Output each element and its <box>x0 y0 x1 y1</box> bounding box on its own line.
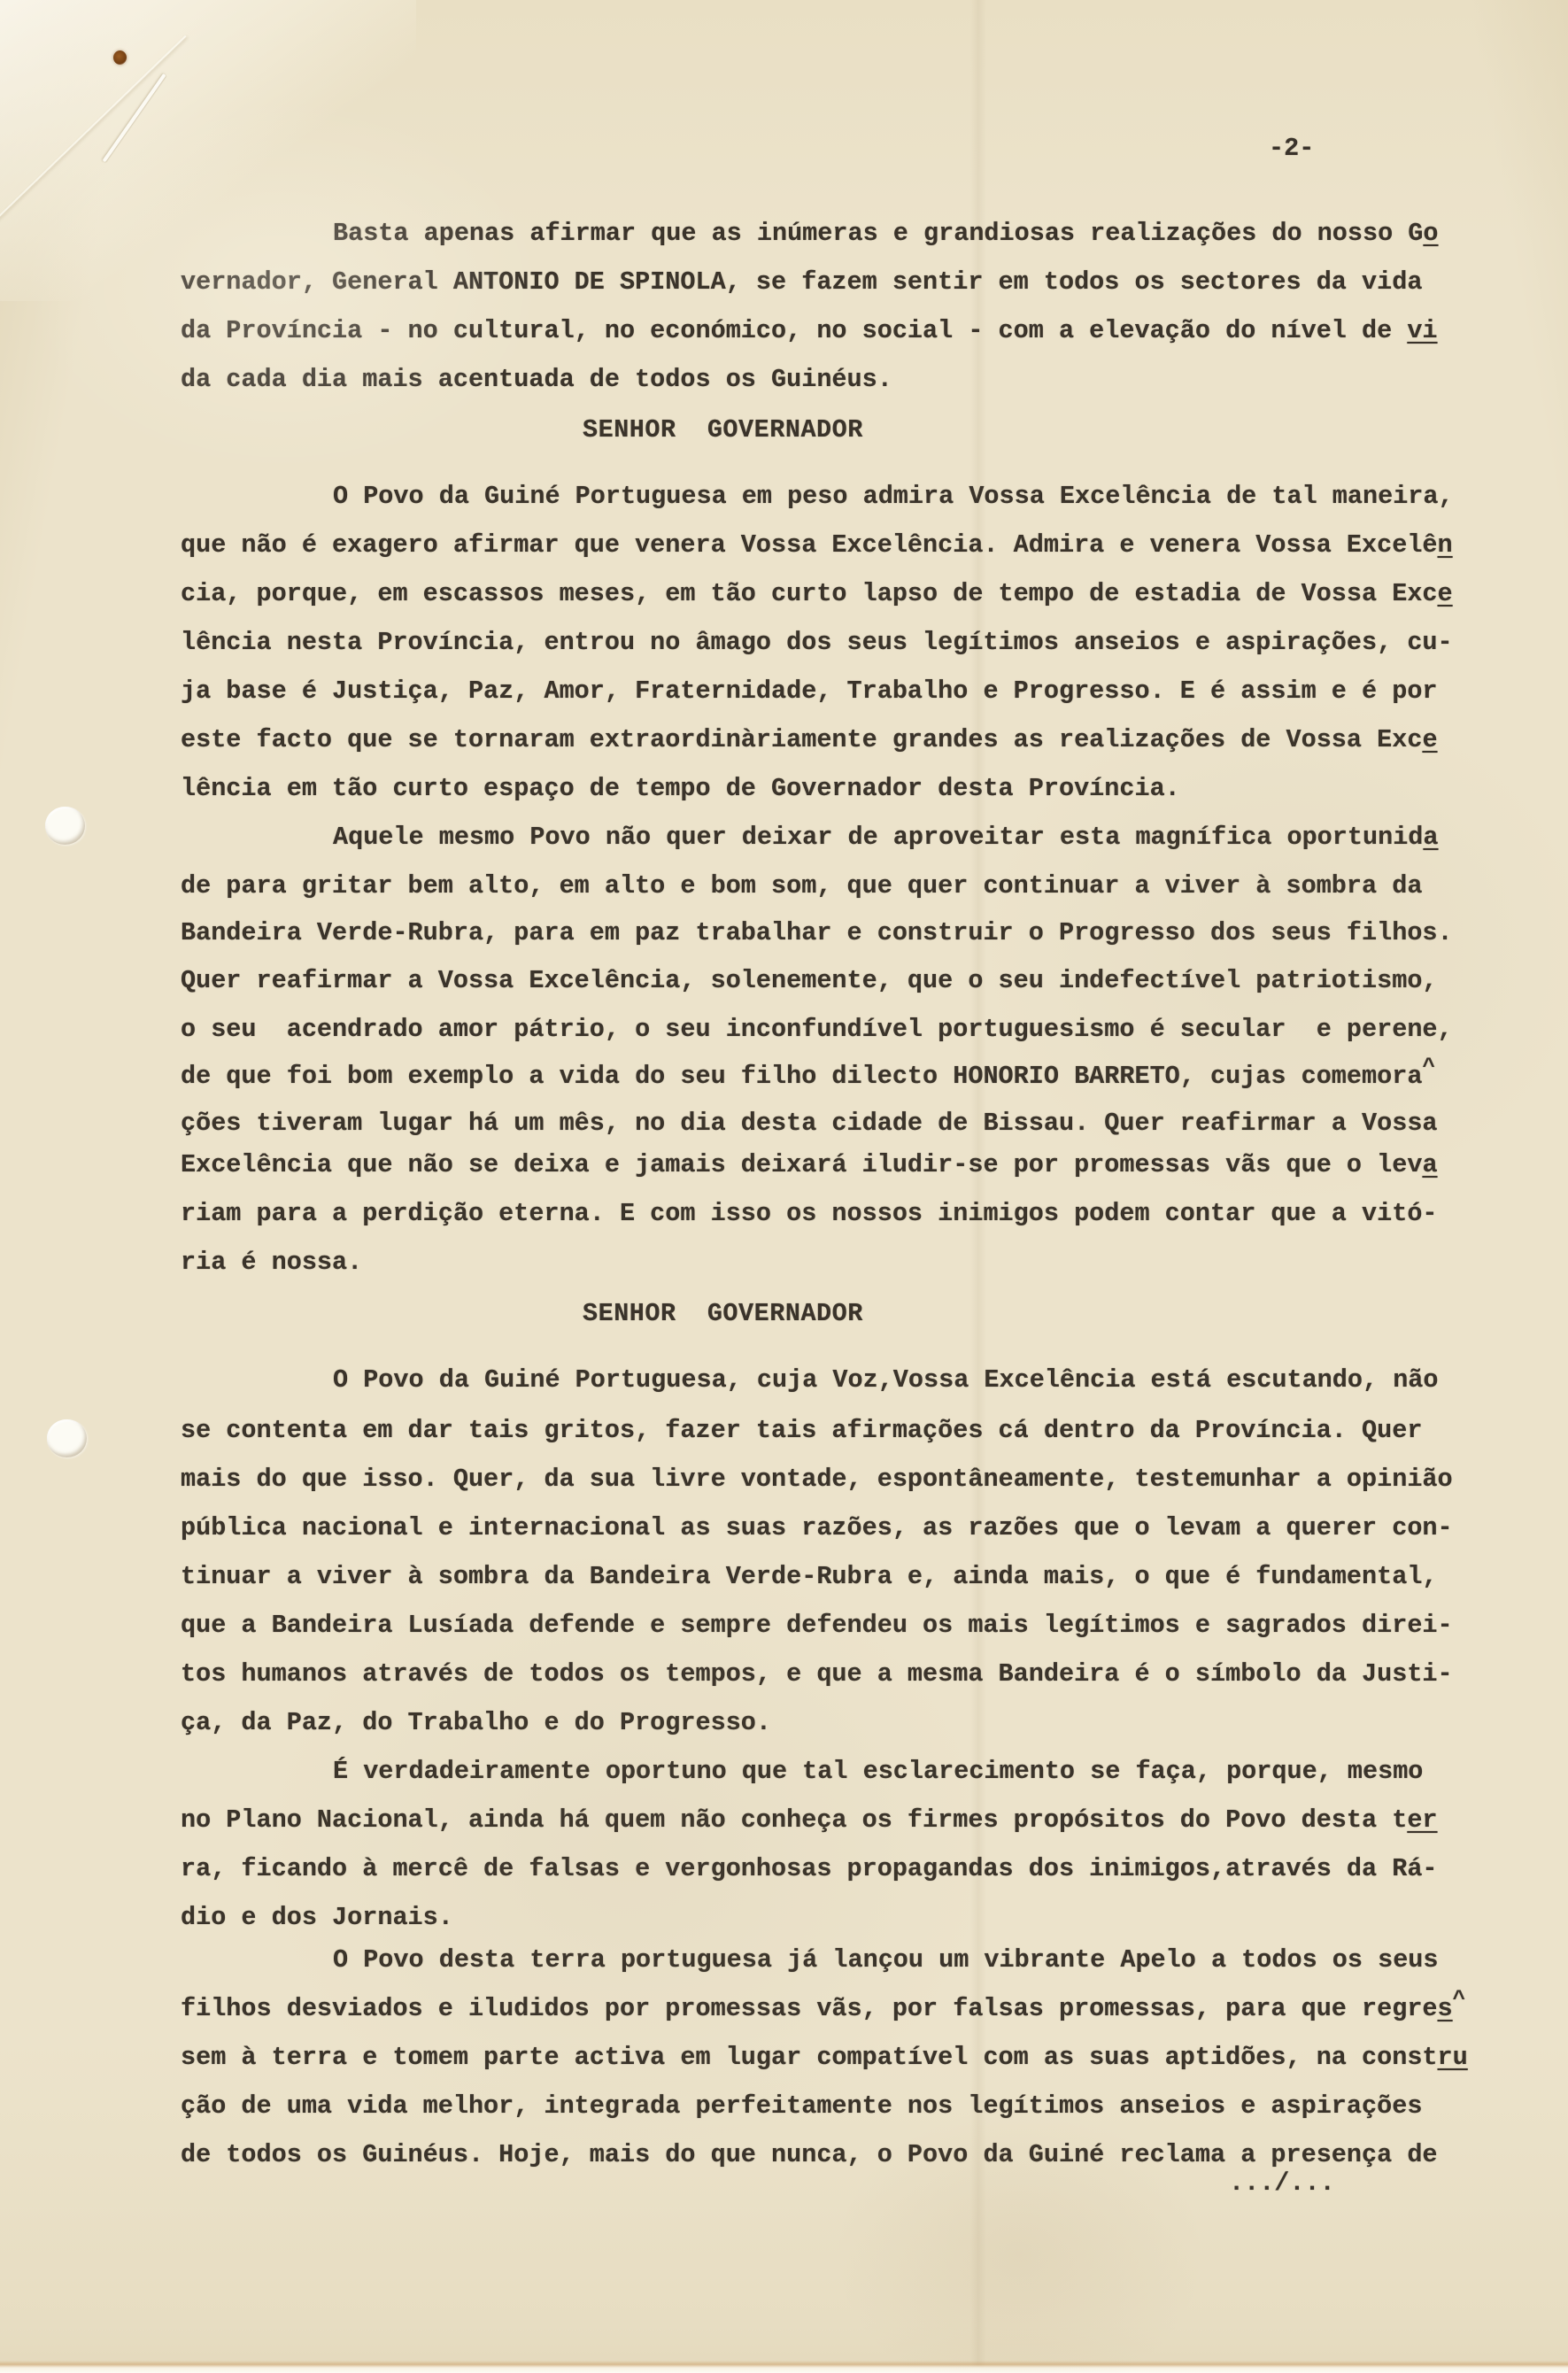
text-line: da cada dia mais acentuada de todos os G… <box>181 366 892 395</box>
text-line: lência nesta Província, entrou no âmago … <box>181 629 1453 658</box>
page-bottom-edge <box>0 2361 1568 2373</box>
text-line: É verdadeiramente oportuno que tal escla… <box>333 1758 1423 1787</box>
text-line: ja base é Justiça, Paz, Amor, Fraternida… <box>181 677 1438 707</box>
underlined-syllable: a <box>1422 1150 1437 1179</box>
text-line: de todos os Guinéus. Hoje, mais do que n… <box>181 2141 1438 2170</box>
typed-caret-mark: ^ <box>1453 1988 1466 2012</box>
text-line: no Plano Nacional, ainda há quem não con… <box>181 1806 1438 1836</box>
text-line: lência em tão curto espaço de tempo de G… <box>181 775 1180 804</box>
punch-hole-top <box>45 807 85 845</box>
text-line: de para gritar bem alto, em alto e bom s… <box>181 872 1422 901</box>
text-line: Bandeira Verde-Rubra, para em paz trabal… <box>181 919 1453 948</box>
section-heading: SENHOR GOVERNADOR <box>583 416 863 445</box>
text-line: de que foi bom exemplo a vida do seu fil… <box>181 1063 1435 1092</box>
text-line: filhos desviados e iludidos por promessa… <box>181 1995 1465 2024</box>
page-number: -2- <box>1269 135 1314 164</box>
text-line: cia, porque, em escassos meses, em tão c… <box>181 580 1453 609</box>
rust-stain <box>113 50 127 65</box>
text-line: O Povo desta terra portuguesa já lançou … <box>333 1946 1439 1975</box>
typed-caret-mark: ^ <box>1422 1055 1435 1079</box>
text-line: que não é exagero afirmar que venera Vos… <box>181 531 1453 560</box>
text-line: dio e dos Jornais. <box>181 1904 453 1933</box>
text-line: tinuar a viver à sombra da Bandeira Verd… <box>181 1563 1438 1592</box>
underlined-syllable: n <box>1438 530 1453 560</box>
text-line: Aquele mesmo Povo não quer deixar de apr… <box>333 823 1439 853</box>
text-line: ções tiveram lugar há um mês, no dia des… <box>181 1109 1438 1139</box>
text-line: este facto que se tornaram extraordinàri… <box>181 726 1438 755</box>
text-line: tos humanos através de todos os tempos, … <box>181 1660 1453 1689</box>
text-line: vernador, General ANTONIO DE SPINOLA, se… <box>181 268 1422 298</box>
text-line: sem à terra e tomem parte activa em luga… <box>181 2044 1468 2073</box>
document-page: -2-Basta apenas afirmar que as inúmeras … <box>0 0 1568 2373</box>
text-line: pública nacional e internacional as suas… <box>181 1514 1453 1543</box>
text-line: se contenta em dar tais gritos, fazer ta… <box>181 1417 1422 1446</box>
section-heading: SENHOR GOVERNADOR <box>583 1300 863 1329</box>
underlined-syllable: s <box>1438 1994 1453 2023</box>
text-line: O Povo da Guiné Portuguesa, cuja Voz,Vos… <box>333 1366 1439 1395</box>
text-line: ra, ficando à mercê de falsas e vergonho… <box>181 1855 1438 1884</box>
text-line: ção de uma vida melhor, integrada perfei… <box>181 2092 1422 2122</box>
underlined-syllable: e <box>1422 725 1437 754</box>
text-line: o seu acendrado amor pátrio, o seu incon… <box>181 1016 1453 1045</box>
page-corner-fold <box>0 0 416 301</box>
text-line: da Província - no cultural, no económico… <box>181 317 1438 346</box>
underlined-syllable: e <box>1438 579 1453 608</box>
underlined-syllable: a <box>1423 823 1438 852</box>
underlined-syllable: er <box>1407 1805 1437 1835</box>
text-line: que a Bandeira Lusíada defende e sempre … <box>181 1612 1453 1641</box>
text-line: mais do que isso. Quer, da sua livre von… <box>181 1465 1453 1495</box>
continuation-mark: .../... <box>1229 2169 1335 2199</box>
punch-hole-bottom <box>47 1419 87 1457</box>
underlined-syllable: ru <box>1438 2043 1468 2072</box>
text-line: ça, da Paz, do Trabalho e do Progresso. <box>181 1709 771 1738</box>
text-line: Quer reafirmar a Vossa Excelência, solen… <box>181 967 1438 996</box>
text-line: riam para a perdição eterna. E com isso … <box>181 1200 1438 1229</box>
text-line: O Povo da Guiné Portuguesa em peso admir… <box>333 483 1454 512</box>
text-line: Excelência que não se deixa e jamais dei… <box>181 1151 1438 1180</box>
underlined-syllable: o <box>1423 219 1438 248</box>
underlined-syllable: vi <box>1407 316 1437 345</box>
text-line: Basta apenas afirmar que as inúmeras e g… <box>333 220 1439 249</box>
text-line: ria é nossa. <box>181 1248 362 1278</box>
